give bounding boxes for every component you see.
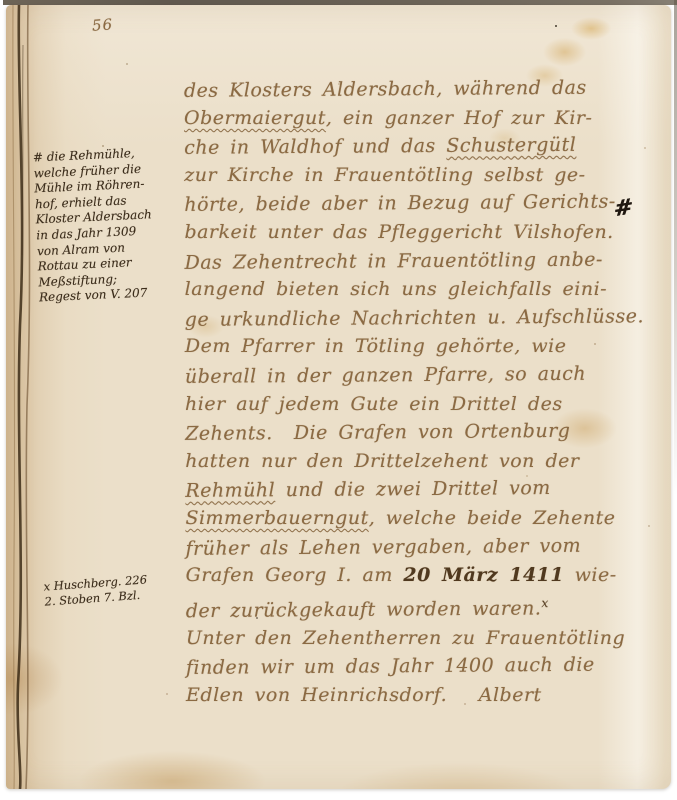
text-segment: , welche beide Zehente <box>369 507 616 529</box>
margin-hash-mark: # <box>613 194 633 223</box>
text-segment: Das Zehentrecht in Frauentötling anbe- <box>184 248 603 273</box>
text-segment: der zurückgekauft worden waren. <box>186 597 542 622</box>
text-segment: , ein ganzer Hof zur Kir- <box>326 107 593 129</box>
emphasized-date: 20 März 1411 <box>403 564 564 586</box>
underlined-term: Obermaiergut <box>184 107 326 129</box>
manuscript-line: zur Kirche in Frauentötling selbst ge- <box>184 161 666 190</box>
manuscript-line: Zehents. Die Grafen von Ortenburg <box>185 416 667 448</box>
manuscript-line: des Klosters Aldersbach, während das <box>184 73 666 105</box>
underlined-term: Simmerbauerngut <box>185 507 368 529</box>
text-segment: finden wir um das Jahr 1400 auch die <box>186 654 595 679</box>
manuscript-line: Unter den Zehentherren zu Frauentötling <box>186 624 668 653</box>
manuscript-line: Simmerbauerngut, welche beide Zehente <box>185 504 667 533</box>
manuscript-line: hörte, beide aber in Bezug auf Gerichts- <box>184 187 666 219</box>
manuscript-line: Dem Pfarrer in Tötling gehörte, wie <box>185 332 667 361</box>
manuscript-line: Obermaiergut, ein ganzer Hof zur Kir- <box>184 104 666 133</box>
manuscript-line: hatten nur den Drittelzehent von der <box>185 447 667 476</box>
text-segment: und die zwei Drittel vom <box>275 477 551 501</box>
text-segment: überall in der ganzen Pfarre, so auch <box>185 363 586 388</box>
text-segment: ge urkundliche Nachrichten u. Aufschlüss… <box>185 305 644 331</box>
text-segment: Edlen von Heinrichsdorf. Albert <box>186 684 542 706</box>
margin-note: # die Rehmühle,welche früher dieMühle im… <box>33 144 196 307</box>
text-segment: che in Waldhof und das <box>184 135 446 159</box>
manuscript-line: langend bieten sich uns gleichfalls eini… <box>185 275 667 304</box>
text-segment: hatten nur den Drittelzehent von der <box>185 450 579 472</box>
footnote-citation: x Huschberg. 2262. Stoben 7. Bzl. <box>43 572 148 608</box>
text-segment: hier auf jedem Gute ein Drittel des <box>185 393 563 415</box>
manuscript-line: ge urkundliche Nachrichten u. Aufschlüss… <box>185 302 667 334</box>
text-segment: des Klosters Aldersbach, während das <box>184 77 587 102</box>
text-segment: barkeit unter das Pfleggericht Vilshofen… <box>184 221 613 243</box>
manuscript-line: früher als Lehen vergaben, aber vom <box>185 531 667 563</box>
binding-crease <box>6 5 48 789</box>
text-segment: früher als Lehen vergaben, aber vom <box>185 534 581 559</box>
manuscript-line: Grafen Georg I. am 20 März 1411 wie- <box>186 561 668 590</box>
foxing-specks <box>6 5 8 7</box>
manuscript-line: der zurückgekauft worden waren.x <box>186 588 668 626</box>
text-segment: langend bieten sich uns gleichfalls eini… <box>185 278 607 300</box>
underlined-term: Schustergütl <box>446 134 576 157</box>
manuscript-line: finden wir um das Jahr 1400 auch die <box>186 650 668 682</box>
text-segment: wie- <box>564 564 617 586</box>
manuscript-line: hier auf jedem Gute ein Drittel des <box>185 390 667 419</box>
text-segment: Dem Pfarrer in Tötling gehörte, wie <box>185 335 567 357</box>
manuscript-line: Rehmühl und die zwei Drittel vom <box>185 473 667 505</box>
text-segment: zur Kirche in Frauentötling selbst ge- <box>184 164 585 186</box>
manuscript-line: che in Waldhof und das Schustergütl <box>184 130 666 162</box>
manuscript-scan: 56 # die Rehmühle,welche früher dieMühle… <box>0 0 677 800</box>
main-text-block: des Klosters Aldersbach, während dasOber… <box>184 74 668 710</box>
manuscript-line: überall in der ganzen Pfarre, so auch <box>185 359 667 391</box>
text-segment: Unter den Zehentherren zu Frauentötling <box>186 627 625 649</box>
text-segment: x <box>541 596 549 610</box>
underlined-term: Rehmühl <box>185 479 275 502</box>
manuscript-line: barkeit unter das Pfleggericht Vilshofen… <box>184 218 666 247</box>
manuscript-line: Das Zehentrecht in Frauentötling anbe- <box>184 245 666 277</box>
text-segment: Grafen Georg I. am <box>186 564 404 586</box>
text-segment: Zehents. Die Grafen von Ortenburg <box>185 420 570 445</box>
manuscript-page: 56 # die Rehmühle,welche früher dieMühle… <box>6 5 671 789</box>
manuscript-line: Edlen von Heinrichsdorf. Albert <box>186 681 668 710</box>
page-number: 56 <box>91 15 113 34</box>
text-segment: hörte, beide aber in Bezug auf Gerichts- <box>184 191 616 216</box>
